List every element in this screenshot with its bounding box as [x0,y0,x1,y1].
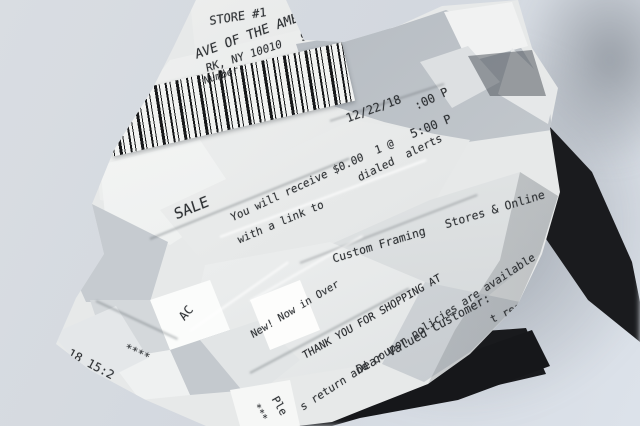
receipt-paper: STORE #1 AVE OF THE AMERICA RK, NY 10010… [0,0,640,426]
photo-crumpled-receipt: STORE #1 AVE OF THE AMERICA RK, NY 10010… [0,0,640,426]
